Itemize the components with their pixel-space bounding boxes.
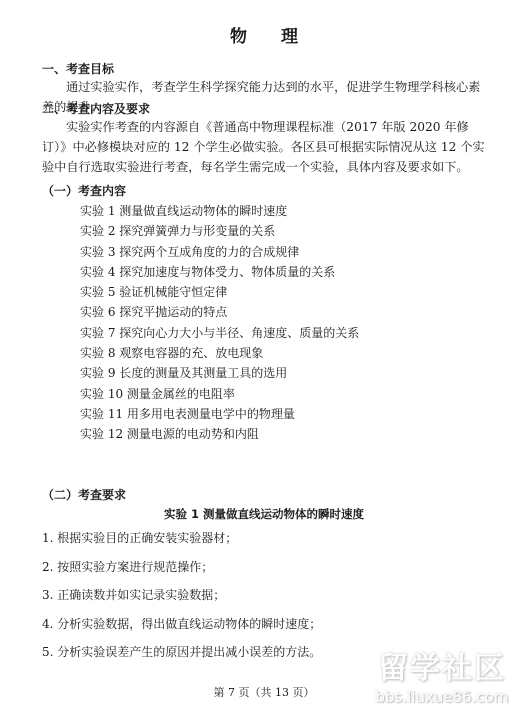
sub1-heading: （一）考查内容 bbox=[42, 182, 126, 199]
experiment-item: 实验 7 探究向心力大小与半径、角速度、质量的关系 bbox=[80, 323, 359, 343]
experiment-item: 实验 12 测量电源的电动势和内阻 bbox=[80, 424, 359, 444]
page-title: 物 理 bbox=[0, 22, 528, 47]
watermark: 留学社区 bbs.liuxue86.com bbox=[362, 650, 522, 720]
experiment-item: 实验 11 用多用电表测量电学中的物理量 bbox=[80, 404, 359, 424]
requirement-item: 1. 根据实验目的正确安装实验器材； bbox=[42, 525, 321, 554]
requirement-item: 3. 正确读数并如实记录实验数据； bbox=[42, 582, 321, 611]
section2-text: 实验实作考查的内容源自《普通高中物理课程标准（2017 年版 2020 年修订）… bbox=[42, 117, 492, 177]
section1-heading: 一、考查目标 bbox=[42, 60, 114, 77]
experiment-item: 实验 10 测量金属丝的电阻率 bbox=[80, 384, 359, 404]
experiment-item: 实验 5 验证机械能守恒定律 bbox=[80, 282, 359, 302]
experiment-item: 实验 4 探究加速度与物体受力、物体质量的关系 bbox=[80, 262, 359, 282]
experiment-title: 实验 1 测量做直线运动物体的瞬时速度 bbox=[0, 506, 528, 522]
document-page: 物 理 一、考查目标 通过实验实作，考查学生科学探究能力达到的水平，促进学生物理… bbox=[0, 0, 528, 722]
experiment-item: 实验 6 探究平抛运动的特点 bbox=[80, 302, 359, 322]
watermark-url: bbs.liuxue86.com bbox=[362, 688, 522, 706]
experiment-item: 实验 1 测量做直线运动物体的瞬时速度 bbox=[80, 201, 359, 221]
watermark-logo: 留学社区 bbox=[362, 650, 522, 688]
section2-heading: 二、考查内容及要求 bbox=[42, 100, 150, 117]
requirement-item: 2. 按照实验方案进行规范操作； bbox=[42, 554, 321, 583]
experiment-item: 实验 2 探究弹簧弹力与形变量的关系 bbox=[80, 221, 359, 241]
sub2-heading: （二）考查要求 bbox=[42, 486, 126, 503]
requirement-item: 5. 分析实验误差产生的原因并提出减小误差的方法。 bbox=[42, 639, 321, 668]
requirement-item: 4. 分析实验数据，得出做直线运动物体的瞬时速度； bbox=[42, 611, 321, 640]
experiment-list: 实验 1 测量做直线运动物体的瞬时速度 实验 2 探究弹簧弹力与形变量的关系 实… bbox=[80, 201, 359, 445]
experiment-item: 实验 8 观察电容器的充、放电现象 bbox=[80, 343, 359, 363]
experiment-item: 实验 3 探究两个互成角度的力的合成规律 bbox=[80, 242, 359, 262]
requirement-list: 1. 根据实验目的正确安装实验器材； 2. 按照实验方案进行规范操作； 3. 正… bbox=[42, 525, 321, 668]
experiment-item: 实验 9 长度的测量及其测量工具的选用 bbox=[80, 363, 359, 383]
